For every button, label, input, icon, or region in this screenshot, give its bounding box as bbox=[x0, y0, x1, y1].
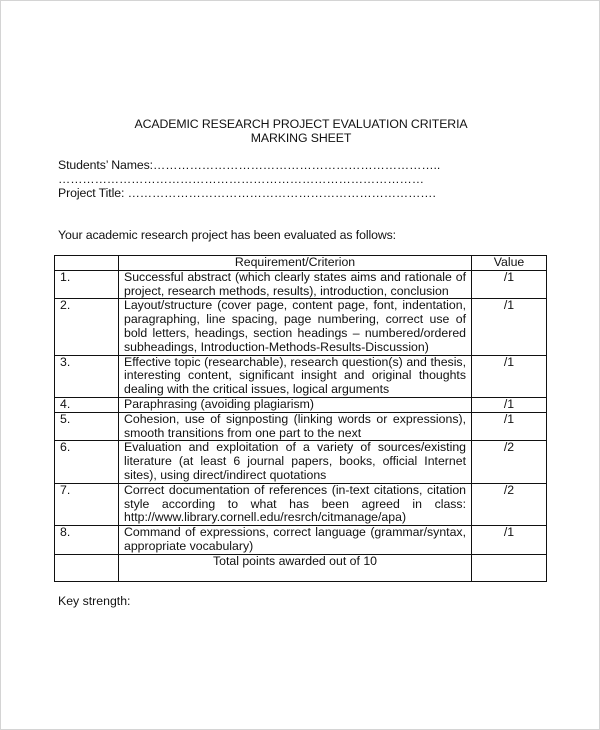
table-header-row: Requirement/Criterion Value bbox=[55, 256, 547, 271]
row-criterion: Effective topic (researchable), research… bbox=[119, 355, 472, 397]
students-names-continuation: ……………………………………………………………………………… bbox=[58, 172, 424, 186]
total-label: Total points awarded out of 10 bbox=[119, 554, 472, 581]
header-value: Value bbox=[472, 256, 547, 271]
criteria-table: Requirement/Criterion Value 1. Successfu… bbox=[54, 255, 547, 582]
total-row: Total points awarded out of 10 bbox=[55, 554, 547, 581]
project-title-field: Project Title: …………………………………………………………………… bbox=[58, 186, 436, 200]
row-number: 4. bbox=[55, 397, 119, 412]
row-number: 2. bbox=[55, 299, 119, 355]
row-criterion: Correct documentation of references (in-… bbox=[119, 483, 472, 525]
row-value: /1 bbox=[472, 299, 547, 355]
row-value: /1 bbox=[472, 526, 547, 555]
header-number bbox=[55, 256, 119, 271]
row-criterion: Command of expressions, correct language… bbox=[119, 526, 472, 555]
header-criterion: Requirement/Criterion bbox=[119, 256, 472, 271]
intro-text: Your academic research project has been … bbox=[58, 228, 396, 242]
row-value: /2 bbox=[472, 483, 547, 525]
row-value: /1 bbox=[472, 355, 547, 397]
table-row: 2. Layout/structure (cover page, content… bbox=[55, 299, 547, 355]
row-criterion: Successful abstract (which clearly state… bbox=[119, 270, 472, 299]
row-value: /1 bbox=[472, 270, 547, 299]
table-row: 8. Command of expressions, correct langu… bbox=[55, 526, 547, 555]
row-value: /1 bbox=[472, 412, 547, 441]
row-number: 1. bbox=[55, 270, 119, 299]
table-row: 5. Cohesion, use of signposting (linking… bbox=[55, 412, 547, 441]
row-criterion: Evaluation and exploitation of a variety… bbox=[119, 441, 472, 483]
row-criterion: Cohesion, use of signposting (linking wo… bbox=[119, 412, 472, 441]
total-value bbox=[472, 554, 547, 581]
row-number: 8. bbox=[55, 526, 119, 555]
row-criterion: Layout/structure (cover page, content pa… bbox=[119, 299, 472, 355]
row-number: 3. bbox=[55, 355, 119, 397]
row-number: 6. bbox=[55, 441, 119, 483]
document-subtitle: MARKING SHEET bbox=[1, 131, 600, 145]
table-row: 6. Evaluation and exploitation of a vari… bbox=[55, 441, 547, 483]
row-value: /1 bbox=[472, 397, 547, 412]
students-names-field: Students’ Names:…………………………………………………………….… bbox=[58, 158, 440, 172]
table-row: 1. Successful abstract (which clearly st… bbox=[55, 270, 547, 299]
row-number: 7. bbox=[55, 483, 119, 525]
document-title: ACADEMIC RESEARCH PROJECT EVALUATION CRI… bbox=[1, 117, 600, 131]
document-page: ACADEMIC RESEARCH PROJECT EVALUATION CRI… bbox=[0, 0, 600, 730]
table-row: 7. Correct documentation of references (… bbox=[55, 483, 547, 525]
row-criterion: Paraphrasing (avoiding plagiarism) bbox=[119, 397, 472, 412]
table-row: 4. Paraphrasing (avoiding plagiarism) /1 bbox=[55, 397, 547, 412]
row-value: /2 bbox=[472, 441, 547, 483]
table-row: 3. Effective topic (researchable), resea… bbox=[55, 355, 547, 397]
key-strength-label: Key strength: bbox=[58, 594, 130, 608]
total-number-cell bbox=[55, 554, 119, 581]
row-number: 5. bbox=[55, 412, 119, 441]
